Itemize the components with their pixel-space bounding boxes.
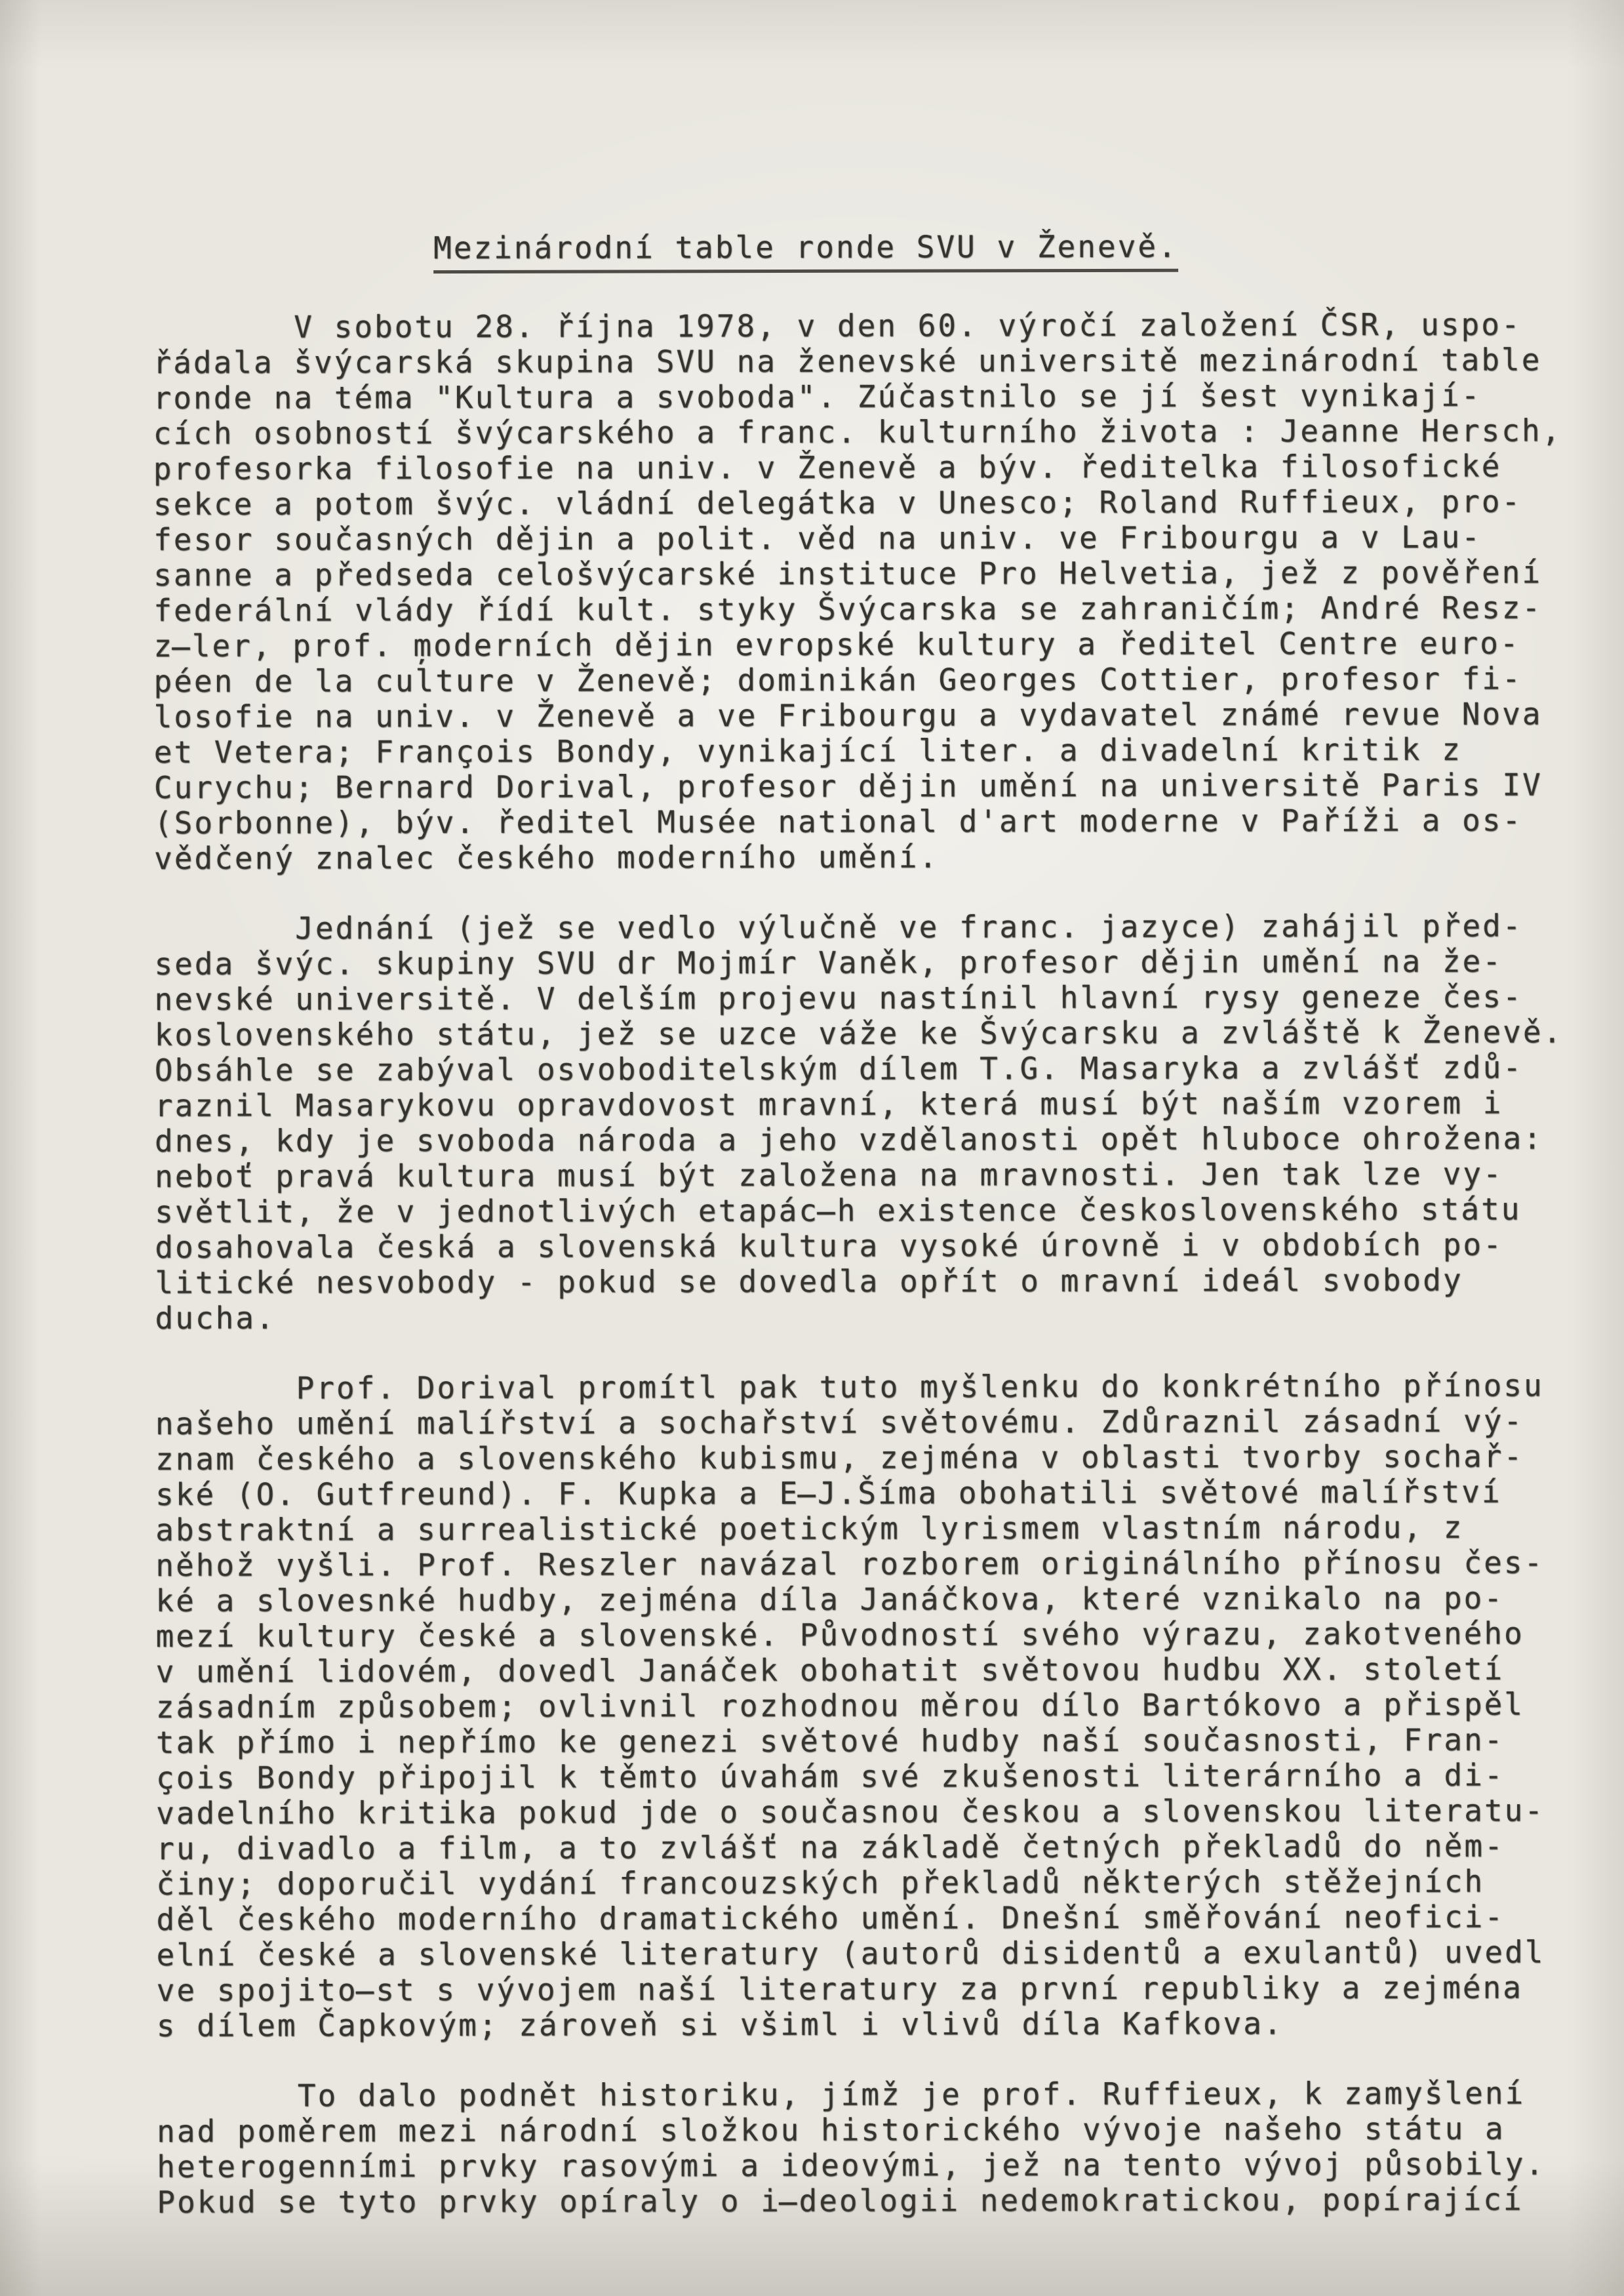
paragraph-dorival-contributions: Prof. Dorival promítl pak tuto myšlenku … bbox=[155, 1367, 1586, 2044]
paragraph-vanek-opening: Jednání (jež se vedlo výlučně ve franc. … bbox=[154, 908, 1584, 1336]
document-title: Mezinárodní table ronde SVU v Ženevě. bbox=[153, 228, 1582, 266]
document-title-text: Mezinárodní table ronde SVU v Ženevě. bbox=[433, 229, 1178, 273]
paragraph-introduction: V sobotu 28. října 1978, v den 60. výroč… bbox=[153, 306, 1583, 876]
paragraph-ruffieux-history: To dalo podnět historiku, jímž je prof. … bbox=[157, 2075, 1586, 2220]
document-content: Mezinárodní table ronde SVU v Ženevě. V … bbox=[153, 228, 1586, 2220]
scanned-document-page: Mezinárodní table ronde SVU v Ženevě. V … bbox=[0, 0, 1624, 2296]
